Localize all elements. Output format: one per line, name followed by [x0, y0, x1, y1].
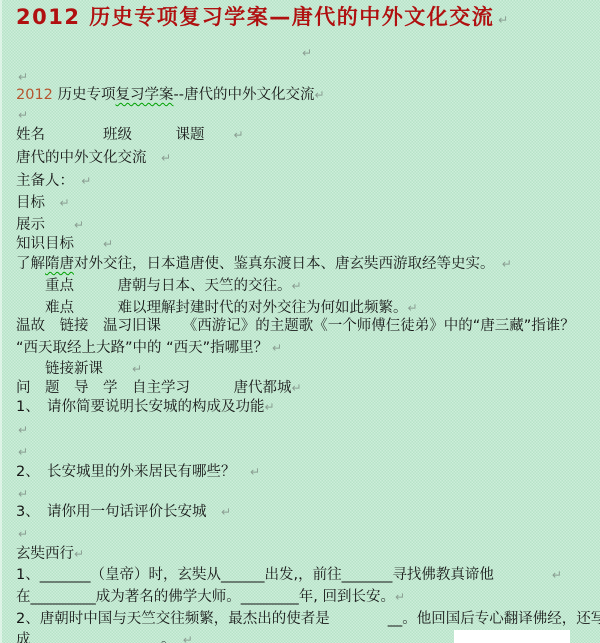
- text-run: 温故 链接 温习旧课 《西游记》的主题歌《一个师傅仨徒弟》中的“唐三藏”指谁？: [16, 318, 575, 334]
- question-1: 1、 请你简要说明长安城的构成及功能↵: [16, 398, 275, 417]
- paragraph-mark-icon: ↵: [81, 174, 91, 188]
- document-page: 2012 历史专项复习学案—唐代的中外文化交流 ↵↵↵2012 历史专项复习学案…: [0, 0, 600, 643]
- text-run: 唐代的中外文化交流: [16, 150, 161, 166]
- text-run: 历史专项: [58, 87, 116, 103]
- text-run: 重点 唐朝与日本、天竺的交往。: [16, 278, 292, 294]
- fill-blank-2a: 2、唐朝时中国与天竺交往频繁，最杰出的使者是 __。他回国后专心翻译佛经，还写: [16, 610, 600, 629]
- paragraph-mark-icon: ↵: [18, 527, 28, 541]
- guided-learning-heading: 问 题 导 学 自主学习 唐代都城↵: [16, 379, 302, 398]
- text-run: 对外交往，日本遣唐使、鉴真东渡日本、唐玄奘西游取经等史实。: [74, 256, 502, 272]
- paragraph-mark-icon: ↵: [234, 128, 244, 142]
- white-overlay-box: [454, 630, 570, 643]
- empty-paragraph: ↵: [18, 485, 28, 504]
- display-line: 展示 ↵: [16, 216, 84, 235]
- paragraph-mark-icon: ↵: [302, 46, 312, 60]
- text-run: 玄奘西行: [16, 546, 74, 562]
- fill-blank-2b: 成 __________。 ↵: [16, 631, 193, 643]
- paragraph-mark-icon: ↵: [161, 151, 171, 165]
- empty-paragraph: ↵: [18, 106, 28, 125]
- paragraph-mark-icon: ↵: [314, 88, 324, 102]
- author-line: 主备人： ↵: [16, 172, 91, 191]
- empty-paragraph: ↵: [18, 68, 28, 87]
- paragraph-mark-icon: ↵: [221, 505, 231, 519]
- text-run: 2、 长安城里的外来居民有哪些？: [16, 464, 250, 480]
- empty-paragraph: ↵: [302, 44, 312, 63]
- text-run: 1、 请你简要说明长安城的构成及功能: [16, 399, 264, 415]
- knowledge-goal-heading: 知识目标 ↵: [16, 235, 113, 254]
- new-lesson-link-line: 链接新课 ↵: [16, 360, 142, 379]
- subtitle-line: 2012 历史专项复习学案--唐代的中外文化交流↵: [16, 86, 325, 105]
- paragraph-mark-icon: ↵: [183, 633, 193, 643]
- text-run: 在_________成为著名的佛学大师。________年, 回到长安。: [16, 589, 395, 605]
- text-run: 主备人：: [16, 173, 81, 189]
- empty-paragraph: ↵: [18, 421, 28, 440]
- key-point-line: 重点 唐朝与日本、天竺的交往。↵: [16, 277, 302, 296]
- paragraph-mark-icon: ↵: [264, 400, 274, 414]
- paragraph-mark-icon: ↵: [74, 547, 84, 561]
- text-run: 复习学案: [116, 87, 174, 103]
- paragraph-mark-icon: ↵: [250, 465, 260, 479]
- paragraph-mark-icon: ↵: [132, 362, 142, 376]
- text-run: 了解: [16, 256, 45, 272]
- paragraph-mark-icon: ↵: [552, 568, 562, 582]
- paragraph-mark-icon: ↵: [395, 590, 405, 604]
- fill-blank-1a: 1、_______（皇帝）时，玄奘从______出发,，前往_______寻找佛…: [16, 566, 562, 585]
- text-run: 链接新课: [16, 361, 132, 377]
- text-run: 2012 历史专项复习学案—唐代的中外文化交流: [16, 5, 494, 29]
- paragraph-mark-icon: ↵: [268, 341, 282, 355]
- xuanzang-heading: 玄奘西行↵: [16, 545, 84, 564]
- header-fields-line: 姓名 班级 课题 ↵: [16, 126, 244, 145]
- goal-line: 目标 ↵: [16, 194, 70, 213]
- text-run: 成 __________。: [16, 632, 183, 643]
- question-2: 2、 长安城里的外来居民有哪些？ ↵: [16, 463, 260, 482]
- text-run: 目标: [16, 195, 60, 211]
- paragraph-mark-icon: ↵: [18, 108, 28, 122]
- paragraph-mark-icon: ↵: [103, 237, 113, 251]
- paragraph-mark-icon: ↵: [408, 301, 418, 315]
- text-run: 3、 请你用一句话评价长安城: [16, 504, 221, 520]
- text-run: 2、唐朝时中国与天竺交往频繁，最杰出的使者是 __。他回国后专心翻译佛经，还写: [16, 611, 600, 627]
- lesson-title-line: 唐代的中外文化交流 ↵: [16, 149, 171, 168]
- knowledge-goal-text: 了解隋唐对外交往，日本遣唐使、鉴真东渡日本、唐玄奘西游取经等史实。 ↵: [16, 255, 512, 274]
- text-run: 展示: [16, 217, 74, 233]
- review-link-line-2: “西天取经上大路”中的 “西天”指哪里？ ↵: [16, 339, 282, 358]
- paragraph-mark-icon: ↵: [494, 13, 508, 27]
- paragraph-mark-icon: ↵: [18, 445, 28, 459]
- text-run: 难点 难以理解封建时代的对外交往为何如此频繁。: [16, 300, 408, 316]
- question-3: 3、 请你用一句话评价长安城 ↵: [16, 503, 231, 522]
- text-run: “西天取经上大路”中的 “西天”指哪里？: [16, 340, 268, 356]
- text-run: --唐代的中外文化交流: [174, 87, 315, 103]
- paragraph-mark-icon: ↵: [502, 257, 512, 271]
- text-run: 知识目标: [16, 236, 103, 252]
- fill-blank-1b: 在_________成为著名的佛学大师。________年, 回到长安。↵: [16, 588, 405, 607]
- paragraph-mark-icon: ↵: [18, 487, 28, 501]
- text-run: 1、_______（皇帝）时，玄奘从______出发,，前往_______寻找佛…: [16, 567, 552, 583]
- paragraph-mark-icon: ↵: [292, 381, 302, 395]
- text-run: 2012: [16, 87, 58, 103]
- paragraph-mark-icon: ↵: [60, 196, 70, 210]
- difficult-point-line: 难点 难以理解封建时代的对外交往为何如此频繁。↵: [16, 299, 418, 318]
- empty-paragraph: ↵: [18, 525, 28, 544]
- paragraph-mark-icon: ↵: [292, 279, 302, 293]
- review-link-line-1: 温故 链接 温习旧课 《西游记》的主题歌《一个师傅仨徒弟》中的“唐三藏”指谁？: [16, 317, 575, 336]
- text-run: 隋唐: [45, 256, 74, 272]
- page-title: 2012 历史专项复习学案—唐代的中外文化交流 ↵: [16, 8, 508, 30]
- text-run: 问 题 导 学 自主学习 唐代都城: [16, 380, 292, 396]
- paragraph-mark-icon: ↵: [74, 218, 84, 232]
- empty-paragraph: ↵: [18, 443, 28, 462]
- text-run: 姓名 班级 课题: [16, 127, 234, 143]
- paragraph-mark-icon: ↵: [18, 70, 28, 84]
- paragraph-mark-icon: ↵: [18, 423, 28, 437]
